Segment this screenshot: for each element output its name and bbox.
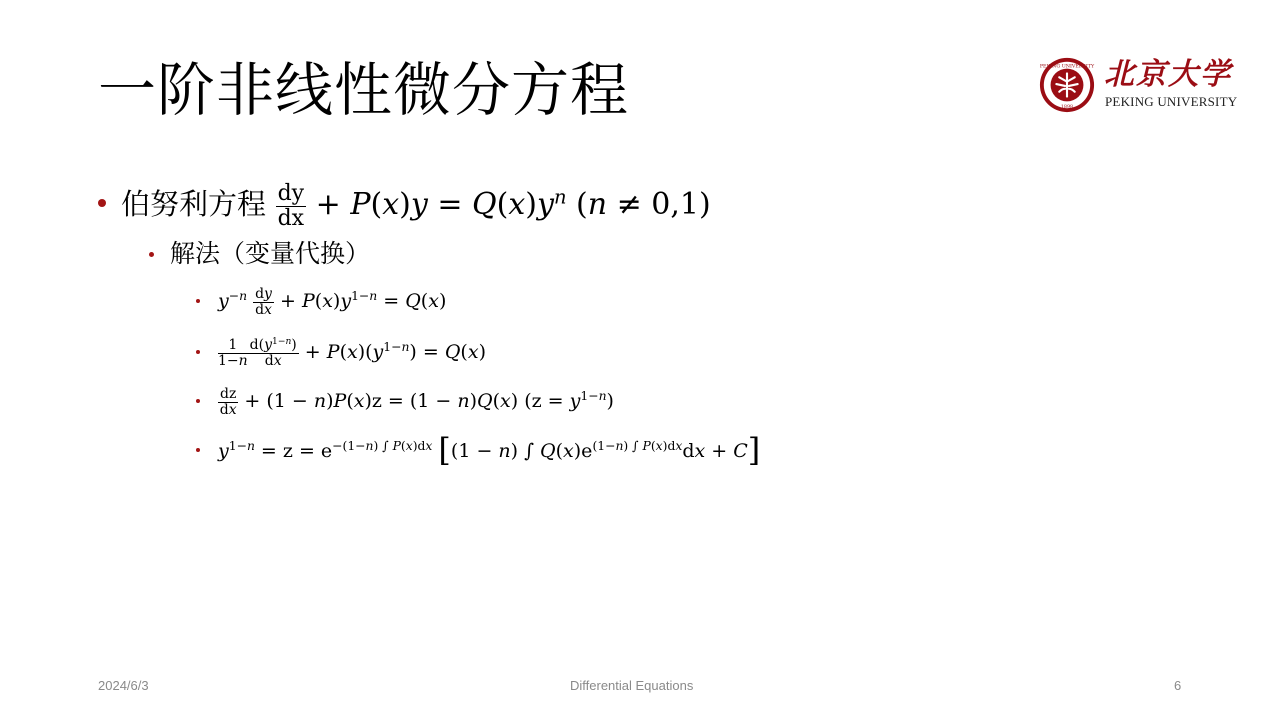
- university-logo: PEKING UNIVERSITY 1898 北京大学 PEKING UNIVE…: [1038, 56, 1238, 114]
- step-4-solution: y1−n = z = e−(1−n) ∫ P(x)dx [(1 − n) ∫ Q…: [218, 430, 760, 471]
- solution-method-heading: 解法（变量代换）: [170, 236, 370, 272]
- slide-title: 一阶非线性微分方程: [98, 52, 629, 128]
- bullet-icon: [196, 350, 200, 354]
- bernoulli-label: 伯努利方程: [121, 187, 266, 221]
- bullet-icon: [196, 399, 200, 403]
- equation-body: + P(x)y = Q(x)yn (n ≠ 0,1): [316, 187, 711, 222]
- step-3-equation: dzdx + (1 − n)P(x)z = (1 − n)Q(x) (z = y…: [218, 381, 614, 421]
- step-1-equation: y−n dydx + P(x)y1−n = Q(x): [218, 281, 446, 321]
- footer-page-number: 6: [1174, 678, 1181, 693]
- bullet-icon: [98, 199, 106, 207]
- bullet-icon: [196, 448, 200, 452]
- step-2-equation: 11−nd(y1−n)dx + P(x)(y1−n) = Q(x): [218, 332, 486, 372]
- svg-text:PEKING UNIVERSITY: PEKING UNIVERSITY: [1040, 64, 1095, 70]
- university-seal-icon: PEKING UNIVERSITY 1898: [1038, 56, 1096, 114]
- footer-date: 2024/6/3: [98, 678, 149, 693]
- logo-english-name: PEKING UNIVERSITY: [1105, 94, 1237, 110]
- footer-course-title: Differential Equations: [570, 678, 693, 693]
- bernoulli-equation-line: 伯努利方程 dy dx + P(x)y = Q(x)yn (n ≠ 0,1): [121, 176, 711, 233]
- dy-dx-fraction: dy dx: [276, 182, 307, 229]
- bullet-icon: [196, 299, 200, 303]
- bullet-icon: [149, 252, 154, 257]
- svg-text:1898: 1898: [1061, 104, 1073, 110]
- logo-chinese-name: 北京大学: [1104, 56, 1232, 94]
